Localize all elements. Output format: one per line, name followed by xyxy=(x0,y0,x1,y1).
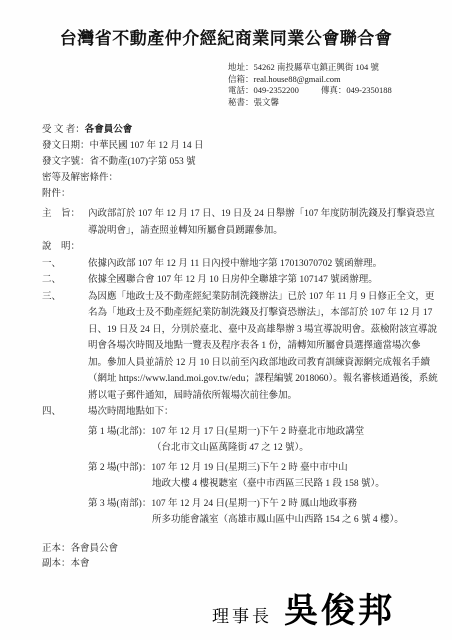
contact-email-line: 信箱：real.house88@gmail.com xyxy=(228,74,436,86)
issue-date-label: 發文日期： xyxy=(42,141,90,151)
recipient-value: 各會員公會 xyxy=(85,125,133,135)
session-3-line1: 第 3 場(南部)：107 年 12 月 24 日(星期一)下午 2 時 鳳山地… xyxy=(88,496,438,513)
ref-number-label: 發文字號： xyxy=(42,157,90,167)
contact-secretary-label: 秘書： xyxy=(228,97,254,107)
signature-block: 理事長 吳俊邦 xyxy=(212,583,436,632)
explanation-item-3: 三、 為因應「地政士及不動產經紀業防制洗錢辦法」已於 107 年 11 月 9 … xyxy=(42,289,438,405)
session-3-line2: 所多功能會議室（高雄市鳳山區中山西路 154 之 6 號 4 樓）。 xyxy=(152,512,438,529)
session-1-line2: （台北市文山區萬隆街 47 之 12 號）。 xyxy=(152,440,438,457)
security-label: 密等及解密條件： xyxy=(42,173,118,183)
letter-meta-block: 受 文 者：各會員公會 發文日期：中華民國 107 年 12 月 14 日 發文… xyxy=(42,122,436,202)
item-3-number: 三、 xyxy=(42,289,88,306)
item-3-text: 為因應「地政士及不動產經紀業防制洗錢辦法」已於 107 年 11 月 9 日修正… xyxy=(88,289,438,405)
explanation-item-1: 一、 依據內政部 107 年 12 月 11 日內授中辦地字第 17013070… xyxy=(42,256,438,273)
explanation-item-2: 二、 依據全國聯合會 107 年 12 月 10 日房仲全聯雄字第 107147… xyxy=(42,272,438,289)
contact-phone-line: 電話：049-2352200傳真：049-2350188 xyxy=(228,85,436,97)
explanation-heading: 說 明： xyxy=(42,239,438,256)
subject-text: 內政部訂於 107 年 12 月 17 日、19 日及 24 日舉辦「107 年… xyxy=(88,206,438,239)
explanation-item-4: 四、 場次時間地點如下： xyxy=(42,404,438,421)
contact-email-label: 信箱： xyxy=(228,74,254,84)
contact-fax-value: 049-2350188 xyxy=(346,85,391,95)
contact-phone-value: 049-2352200 xyxy=(254,85,299,95)
contact-phone-label: 電話： xyxy=(228,85,254,95)
ref-number-value: 省不動產(107)字第 053 號 xyxy=(90,157,196,167)
copies-block: 正本：各會員公會 副本：本會 xyxy=(42,542,436,573)
item-1-text: 依據內政部 107 年 12 月 11 日內授中辦地字第 17013070702… xyxy=(88,256,438,273)
item-2-number: 二、 xyxy=(42,272,88,289)
explanation-label: 說 明： xyxy=(42,239,88,256)
ref-number-line: 發文字號：省不動產(107)字第 053 號 xyxy=(42,154,436,170)
session-1: 第 1 場(北部)：107 年 12 月 17 日(星期一)下午 2 時臺北市地… xyxy=(88,424,438,457)
duplicate-copy-line: 副本：本會 xyxy=(42,557,436,573)
contact-address-value: 54262 南投縣草屯鎮正興街 104 號 xyxy=(254,62,379,72)
item-4-number: 四、 xyxy=(42,404,88,421)
issue-date-value: 中華民國 107 年 12 月 14 日 xyxy=(90,141,204,151)
session-3: 第 3 場(南部)：107 年 12 月 24 日(星期一)下午 2 時 鳳山地… xyxy=(88,496,438,529)
session-1-line1: 第 1 場(北部)：107 年 12 月 17 日(星期一)下午 2 時臺北市地… xyxy=(88,424,438,441)
recipient-label: 受 文 者： xyxy=(42,125,85,135)
signature-title: 理事長 xyxy=(212,602,272,627)
attachment-line: 附件： xyxy=(42,186,436,202)
contact-block: 地址：54262 南投縣草屯鎮正興街 104 號 信箱：real.house88… xyxy=(228,62,436,108)
contact-address-label: 地址： xyxy=(228,62,254,72)
issue-date-line: 發文日期：中華民國 107 年 12 月 14 日 xyxy=(42,138,436,154)
item-4-text: 場次時間地點如下： xyxy=(88,404,438,421)
item-2-text: 依據全國聯合會 107 年 12 月 10 日房仲全聯雄字第 107147 號函… xyxy=(88,272,438,289)
session-list: 第 1 場(北部)：107 年 12 月 17 日(星期一)下午 2 時臺北市地… xyxy=(88,424,438,529)
subject-label: 主 旨： xyxy=(42,206,88,223)
contact-address-line: 地址：54262 南投縣草屯鎮正興街 104 號 xyxy=(228,62,436,74)
session-2-line1: 第 2 場(中部)：107 年 12 月 19 日(星期三)下午 2 時 臺中市… xyxy=(88,460,438,477)
session-2: 第 2 場(中部)：107 年 12 月 19 日(星期三)下午 2 時 臺中市… xyxy=(88,460,438,493)
attachment-label: 附件： xyxy=(42,189,71,199)
letter-body: 主 旨： 內政部訂於 107 年 12 月 17 日、19 日及 24 日舉辦「… xyxy=(42,206,438,529)
security-line: 密等及解密條件： xyxy=(42,170,436,186)
original-copy-line: 正本：各會員公會 xyxy=(42,542,436,558)
contact-secretary-line: 秘書：張文馨 xyxy=(228,97,436,109)
session-2-line2: 地政大樓 4 樓視聽室（臺中市西區三民路 1 段 158 號）。 xyxy=(152,476,438,493)
signature-name: 吳俊邦 xyxy=(284,583,395,632)
contact-secretary-value: 張文馨 xyxy=(254,97,280,107)
recipient-line: 受 文 者：各會員公會 xyxy=(42,122,436,138)
page-title: 台灣省不動產仲介經紀商業同業公會聯合會 xyxy=(0,0,452,49)
item-1-number: 一、 xyxy=(42,256,88,273)
official-letter-page: 台灣省不動產仲介經紀商業同業公會聯合會 地址：54262 南投縣草屯鎮正興街 1… xyxy=(0,0,452,640)
contact-email-value: real.house88@gmail.com xyxy=(254,74,341,84)
contact-fax-label: 傳真： xyxy=(321,85,347,95)
subject-section: 主 旨： 內政部訂於 107 年 12 月 17 日、19 日及 24 日舉辦「… xyxy=(42,206,438,239)
